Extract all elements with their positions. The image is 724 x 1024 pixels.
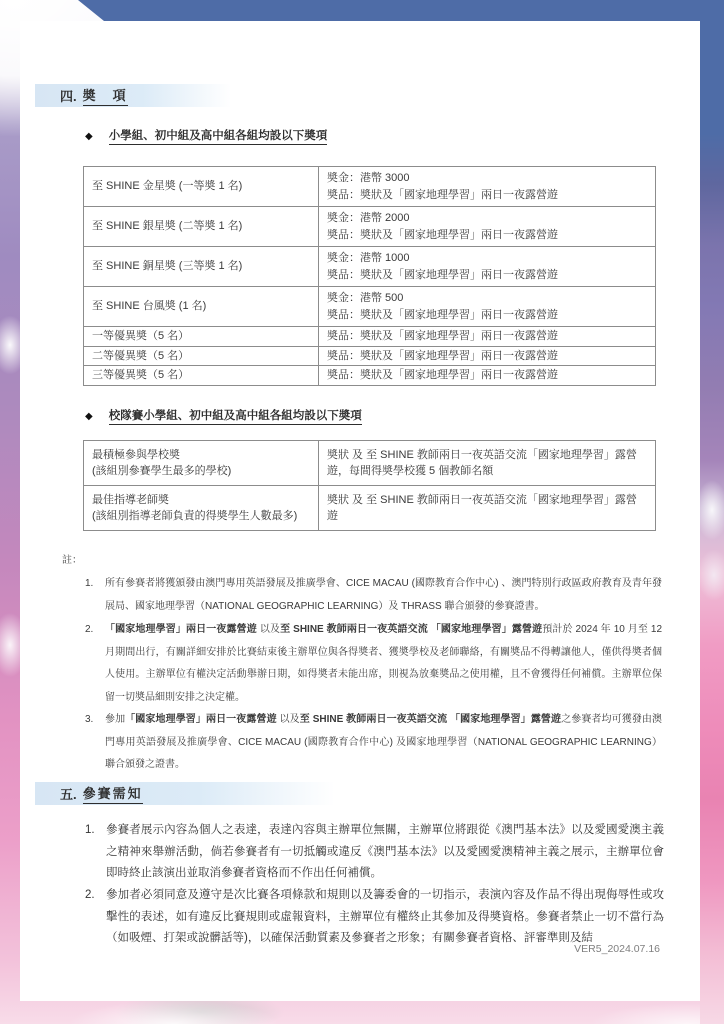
- table-row: 一等優異奬（5 名） 奬品：奬狀及「國家地理學習」兩日一夜露營遊: [84, 327, 656, 347]
- top-blue-band: [78, 0, 724, 21]
- prize-line: 奬品：奬狀及「國家地理學習」兩日一夜露營遊: [327, 267, 647, 284]
- section5-number: 五.: [60, 784, 77, 803]
- diamond-bullet-icon: ◆: [85, 411, 93, 422]
- award-name-cell: 至 SHINE 金星奬 (一等奬 1 名): [84, 167, 319, 207]
- table-row: 至 SHINE 銀星奬 (二等奬 1 名) 奬金：港幣 2000 奬品：奬狀及「…: [84, 207, 656, 247]
- note-text: 參加「國家地理學習」兩日一夜露營遊 以及至 SHINE 教師兩日一夜英語交流 「…: [105, 709, 662, 777]
- note-bold-segment: 「國家地理學習」兩日一夜露營遊: [125, 714, 276, 725]
- prize-line: 奬金：港幣 3000: [327, 170, 647, 187]
- award-name-cell: 至 SHINE 台風奬 (1 名): [84, 287, 319, 327]
- award-prize-cell: 奬品：奬狀及「國家地理學習」兩日一夜露營遊: [319, 327, 656, 347]
- note-text: 所有參賽者將獲頒發由澳門專用英語發展及推廣學會、CICE MACAU (國際教育…: [105, 573, 662, 618]
- note-number: 1.: [85, 573, 105, 618]
- note-segment: 以及: [257, 624, 280, 635]
- prize-line: 奬金：港幣 1000: [327, 250, 647, 267]
- diamond-bullet-icon: ◆: [85, 131, 93, 142]
- rule-number: 1.: [85, 820, 106, 885]
- version-label: VER5_2024.07.16: [574, 943, 660, 955]
- note-bold-segment: 至 SHINE 教師兩日一夜英語交流 「國家地理學習」露營遊: [280, 624, 542, 635]
- rule-number: 2.: [85, 885, 106, 950]
- note-item: 1. 所有參賽者將獲頒發由澳門專用英語發展及推廣學會、CICE MACAU (國…: [85, 573, 662, 618]
- rule-item: 1. 參賽者展示內容為個人之表達，表達內容與主辦單位無關，主辦單位將跟從《澳門基…: [85, 820, 664, 885]
- awards-table: 至 SHINE 金星奬 (一等奬 1 名) 奬金：港幣 3000 奬品：奬狀及「…: [83, 166, 656, 386]
- section5-title: 參賽需知: [83, 783, 143, 804]
- award-name-line: (該組別指導老師負責的得奬學生人數最多): [92, 508, 310, 525]
- award-name-line: 最積極參與學校奬: [92, 447, 310, 464]
- award-name-line: 最佳指導老師奬: [92, 492, 310, 509]
- table-row: 二等優異奬（5 名） 奬品：奬狀及「國家地理學習」兩日一夜露營遊: [84, 346, 656, 366]
- award-prize-cell: 奬狀 及 至 SHINE 教師兩日一夜英語交流「國家地理學習」露營遊: [319, 486, 656, 531]
- note-segment: 參加: [105, 714, 125, 725]
- team-awards-bullet: ◆ 校隊賽小學組、初中組及高中組各組均設以下奬項: [85, 407, 362, 425]
- award-prize-cell: 奬金：港幣 500 奬品：奬狀及「國家地理學習」兩日一夜露營遊: [319, 287, 656, 327]
- award-prize-cell: 奬金：港幣 3000 奬品：奬狀及「國家地理學習」兩日一夜露營遊: [319, 167, 656, 207]
- award-name-cell: 至 SHINE 銅星奬 (三等奬 1 名): [84, 247, 319, 287]
- table-row: 最積極參與學校奬 (該組別參賽學生最多的學校) 奬狀 及 至 SHINE 教師兩…: [84, 441, 656, 486]
- table-row: 至 SHINE 金星奬 (一等奬 1 名) 奬金：港幣 3000 奬品：奬狀及「…: [84, 167, 656, 207]
- note-segment: 預計於 2024 年 10 月至 12 月期間出行，有關詳細安排於比賽結束後主辦…: [105, 624, 662, 703]
- note-item: 2. 「國家地理學習」兩日一夜露營遊 以及至 SHINE 教師兩日一夜英語交流 …: [85, 619, 662, 709]
- award-name-cell: 最積極參與學校奬 (該組別參賽學生最多的學校): [84, 441, 319, 486]
- note-bold-segment: 至 SHINE 教師兩日一夜英語交流 「國家地理學習」露營遊: [300, 714, 561, 725]
- award-prize-cell: 奬品：奬狀及「國家地理學習」兩日一夜露營遊: [319, 346, 656, 366]
- prize-line: 奬品：奬狀及「國家地理學習」兩日一夜露營遊: [327, 227, 647, 244]
- note-text: 「國家地理學習」兩日一夜露營遊 以及至 SHINE 教師兩日一夜英語交流 「國家…: [105, 619, 662, 709]
- award-prize-cell: 奬狀 及 至 SHINE 教師兩日一夜英語交流「國家地理學習」露營遊，每間得奬學…: [319, 441, 656, 486]
- group-awards-bullet: ◆ 小學組、初中組及高中組各組均設以下奬項: [85, 127, 327, 145]
- prize-line: 奬金：港幣 500: [327, 290, 647, 307]
- note-number: 3.: [85, 709, 105, 777]
- note-segment: 以及: [277, 714, 300, 725]
- right-edge-decoration: [700, 0, 724, 1024]
- note-number: 2.: [85, 619, 105, 709]
- table-row: 至 SHINE 銅星奬 (三等奬 1 名) 奬金：港幣 1000 奬品：奬狀及「…: [84, 247, 656, 287]
- table-row: 最佳指導老師奬 (該組別指導老師負責的得奬學生人數最多) 奬狀 及 至 SHIN…: [84, 486, 656, 531]
- prize-line: 奬品：奬狀及「國家地理學習」兩日一夜露營遊: [327, 307, 647, 324]
- team-awards-bullet-label: 校隊賽小學組、初中組及高中組各組均設以下奬項: [109, 407, 362, 425]
- award-name-line: (該組別參賽學生最多的學校): [92, 463, 310, 480]
- table-row: 三等優異奬（5 名） 奬品：奬狀及「國家地理學習」兩日一夜露營遊: [84, 366, 656, 386]
- document-page: 四. 奬 項 ◆ 小學組、初中組及高中組各組均設以下奬項 至 SHINE 金星奬…: [20, 21, 700, 1001]
- prize-line: 奬金：港幣 2000: [327, 210, 647, 227]
- award-name-cell: 二等優異奬（5 名）: [84, 346, 319, 366]
- section4-heading: 四. 奬 項: [35, 84, 231, 107]
- award-prize-cell: 奬金：港幣 2000 奬品：奬狀及「國家地理學習」兩日一夜露營遊: [319, 207, 656, 247]
- team-awards-table: 最積極參與學校奬 (該組別參賽學生最多的學校) 奬狀 及 至 SHINE 教師兩…: [83, 440, 656, 531]
- note-bold-segment: 「國家地理學習」兩日一夜露營遊: [105, 624, 257, 635]
- note-item: 3. 參加「國家地理學習」兩日一夜露營遊 以及至 SHINE 教師兩日一夜英語交…: [85, 709, 662, 777]
- award-name-cell: 一等優異奬（5 名）: [84, 327, 319, 347]
- section5-heading: 五. 參賽需知: [35, 782, 335, 805]
- section4-number: 四.: [60, 86, 77, 105]
- award-name-cell: 三等優異奬（5 名）: [84, 366, 319, 386]
- group-awards-bullet-label: 小學組、初中組及高中組各組均設以下奬項: [109, 127, 328, 145]
- rule-item: 2. 參加者必須同意及遵守是次比賽各項條款和規則以及籌委會的一切指示，表演內容及…: [85, 885, 664, 950]
- rule-text: 參賽者展示內容為個人之表達，表達內容與主辦單位無關，主辦單位將跟從《澳門基本法》…: [106, 820, 664, 885]
- prize-line: 奬品：奬狀及「國家地理學習」兩日一夜露營遊: [327, 187, 647, 204]
- section4-title: 奬 項: [83, 85, 128, 106]
- award-prize-cell: 奬品：奬狀及「國家地理學習」兩日一夜露營遊: [319, 366, 656, 386]
- notes-label: 註：: [62, 551, 82, 566]
- award-name-cell: 最佳指導老師奬 (該組別指導老師負責的得奬學生人數最多): [84, 486, 319, 531]
- award-prize-cell: 奬金：港幣 1000 奬品：奬狀及「國家地理學習」兩日一夜露營遊: [319, 247, 656, 287]
- rule-text: 參加者必須同意及遵守是次比賽各項條款和規則以及籌委會的一切指示，表演內容及作品不…: [106, 885, 664, 950]
- award-name-cell: 至 SHINE 銀星奬 (二等奬 1 名): [84, 207, 319, 247]
- table-row: 至 SHINE 台風奬 (1 名) 奬金：港幣 500 奬品：奬狀及「國家地理學…: [84, 287, 656, 327]
